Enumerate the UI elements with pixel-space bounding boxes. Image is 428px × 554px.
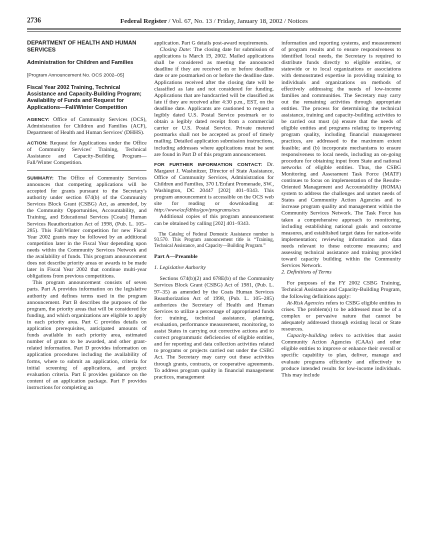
document-page: 2736 Federal Register / Vol. 67, No. 13 … bbox=[0, 0, 428, 391]
body-paragraph: At-Risk Agencies refers to CSBG eligible… bbox=[281, 300, 401, 333]
italic-lead: Closing Date: bbox=[160, 47, 194, 53]
labeled-paragraph: ACTION: Request for Applications under t… bbox=[27, 140, 147, 166]
section-heading: 1. Legislative Authority bbox=[154, 265, 274, 272]
run-in-label: SUMMARY: bbox=[27, 175, 58, 181]
masthead-title: Federal Register bbox=[120, 17, 167, 25]
column-3: information and reporting systems, and m… bbox=[281, 40, 401, 391]
body-paragraph: Closing Date: The closing date for submi… bbox=[154, 47, 274, 158]
section-heading: 2. Definitions of Terms bbox=[281, 269, 401, 276]
run-in-label: ACTION: bbox=[27, 140, 50, 146]
body-paragraph: For purposes of the FY 2002 CSBG Trainin… bbox=[281, 280, 401, 300]
labeled-paragraph: FOR FURTHER INFORMATION CONTACT: Dr. Mar… bbox=[154, 161, 274, 213]
italic-lead: At-Risk Agencies bbox=[287, 300, 326, 306]
document-title: Fiscal Year 2002 Training, Technical Ass… bbox=[27, 84, 147, 111]
scanned-page: 2736 Federal Register / Vol. 67, No. 13 … bbox=[0, 0, 428, 554]
section-rule bbox=[27, 170, 147, 171]
part-heading: Part A—Preamble bbox=[154, 254, 274, 261]
labeled-paragraph: AGENCY: Office of Community Services (OC… bbox=[27, 117, 147, 137]
masthead-double-rule bbox=[27, 29, 401, 33]
ocs-website-url: http://www/acf/dhhs/gov/programs/ocs bbox=[154, 207, 240, 213]
page-number: 2736 bbox=[27, 17, 41, 25]
italic-lead: Capacity-building bbox=[287, 333, 330, 339]
masthead-citation: / Vol. 67, No. 13 / Friday, January 18, … bbox=[167, 17, 308, 25]
labeled-paragraph: SUMMARY: The Office of Community Service… bbox=[27, 175, 147, 280]
column-1: DEPARTMENT OF HEALTH AND HUMAN SERVICESA… bbox=[27, 40, 147, 391]
column-layout: DEPARTMENT OF HEALTH AND HUMAN SERVICESA… bbox=[27, 40, 401, 391]
body-paragraph: This program announcement consists of se… bbox=[27, 280, 147, 391]
run-in-label: AGENCY: bbox=[27, 117, 53, 123]
masthead: 2736 Federal Register / Vol. 67, No. 13 … bbox=[27, 9, 401, 29]
run-in-label: FOR FURTHER INFORMATION CONTACT: bbox=[154, 162, 267, 168]
program-announcement-number: [Program Announcement No. OCS 2002–05] bbox=[27, 72, 147, 78]
body-paragraph: Capacity-building refers to activities t… bbox=[281, 333, 401, 379]
body-paragraph: information and reporting systems, and m… bbox=[281, 40, 401, 269]
body-paragraph: Additional copies of this program announ… bbox=[154, 214, 274, 227]
agency-subheading: Administration for Children and Families bbox=[27, 60, 147, 67]
department-heading: DEPARTMENT OF HEALTH AND HUMAN SERVICES bbox=[27, 40, 147, 54]
body-paragraph: Sections 674(b)(2) and 678E(b) of the Co… bbox=[154, 276, 274, 381]
cfda-note: The Catalog of Federal Domestic Assistan… bbox=[154, 231, 274, 248]
column-2: application. Part G details post-award r… bbox=[154, 40, 274, 391]
